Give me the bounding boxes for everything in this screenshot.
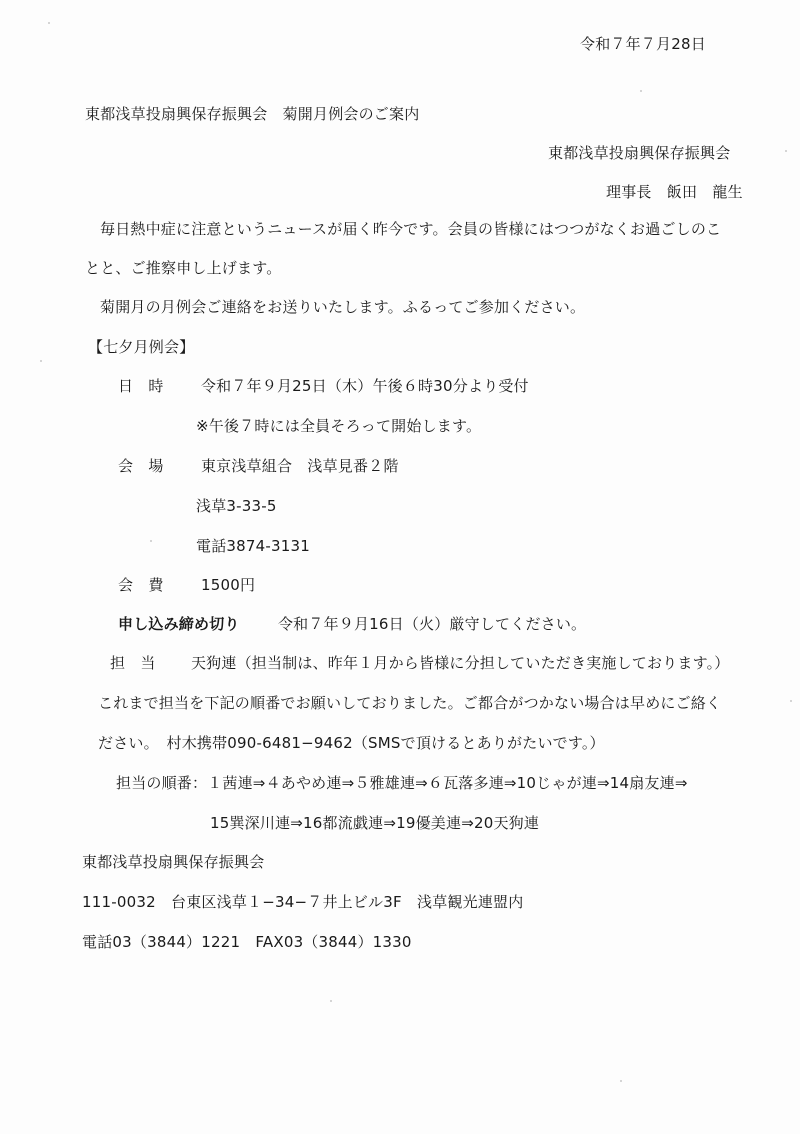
scan-speck xyxy=(330,1000,332,1002)
host-value: 天狗連（担当制は、昨年１月から皆様に分担していただき実施しております。） xyxy=(191,654,730,672)
scan-speck xyxy=(150,540,152,542)
document-title: 東都浅草投扇興保存振興会 菊開月例会のご案内 xyxy=(85,104,419,124)
deadline-value: 令和７年９月16日（火）厳守してください。 xyxy=(278,615,586,633)
event-heading: 【七夕月例会】 xyxy=(88,337,194,357)
datetime-label: 日 時 xyxy=(118,376,196,396)
scan-speck xyxy=(790,700,792,702)
host-order-line-1: 担当の順番：１茜連⇒４あやめ連⇒５雅雄連⇒６瓦落多連⇒10じゃが連⇒14扇友連⇒ xyxy=(116,773,688,793)
event-venue-row: 会 場 東京浅草組合 浅草見番２階 xyxy=(118,456,399,476)
event-fee-row: 会 費 1500円 xyxy=(118,575,255,595)
document-date: 令和７年７月28日 xyxy=(580,34,706,54)
greeting-line-2: とと、ご推察申し上げます。 xyxy=(85,258,281,278)
event-deadline-row: 申し込み締め切り 令和７年９月16日（火）厳守してください。 xyxy=(118,614,586,634)
host-order-line-2: 15巽深川連⇒16都流戯連⇒19優美連⇒20天狗連 xyxy=(210,813,539,833)
datetime-value: 令和７年９月25日（木）午後６時30分より受付 xyxy=(201,377,529,395)
deadline-label: 申し込み締め切り xyxy=(118,614,273,634)
venue-phone: 電話3874-3131 xyxy=(196,536,310,556)
document-page: 令和７年７月28日 東都浅草投扇興保存振興会 菊開月例会のご案内 東都浅草投扇興… xyxy=(0,0,800,1134)
scan-speck xyxy=(640,90,642,92)
host-note-2: ださい。 村木携帯090-6481−9462（SMSで頂けるとありがたいです。） xyxy=(98,733,605,753)
event-host-row: 担 当 天狗連（担当制は、昨年１月から皆様に分担していただき実施しております。） xyxy=(110,653,729,673)
event-datetime-row: 日 時 令和７年９月25日（木）午後６時30分より受付 xyxy=(118,376,529,396)
footer-organization: 東都浅草投扇興保存振興会 xyxy=(82,852,264,872)
greeting-line-3: 菊開月の月例会ご連絡をお送りいたします。ふるってご参加ください。 xyxy=(100,297,585,317)
datetime-note: ※午後７時には全員そろって開始します。 xyxy=(196,416,481,436)
venue-label: 会 場 xyxy=(118,456,196,476)
host-note-1: これまで担当を下記の順番でお願いしておりました。ご都合がつかない場合は早めにご絡… xyxy=(98,693,721,713)
scan-speck xyxy=(785,150,787,152)
venue-name: 東京浅草組合 浅草見番２階 xyxy=(201,457,399,475)
scan-speck xyxy=(40,360,42,362)
greeting-line-1: 毎日熱中症に注意というニュースが届く昨今です。会員の皆様にはつつがなくお過ごしの… xyxy=(100,219,721,239)
venue-address: 浅草3-33-5 xyxy=(196,496,277,516)
footer-contact: 電話03（3844）1221 FAX03（3844）1330 xyxy=(82,932,412,952)
scan-speck xyxy=(620,1080,622,1082)
sender-signatory: 理事長 飯田 龍生 xyxy=(606,182,743,202)
fee-value: 1500円 xyxy=(201,576,255,594)
sender-organization: 東都浅草投扇興保存振興会 xyxy=(548,143,730,163)
fee-label: 会 費 xyxy=(118,575,196,595)
footer-address: 111-0032 台東区浅草１−34−７井上ビル3F 浅草観光連盟内 xyxy=(82,892,523,912)
host-label: 担 当 xyxy=(110,653,186,673)
scan-speck xyxy=(48,22,50,24)
